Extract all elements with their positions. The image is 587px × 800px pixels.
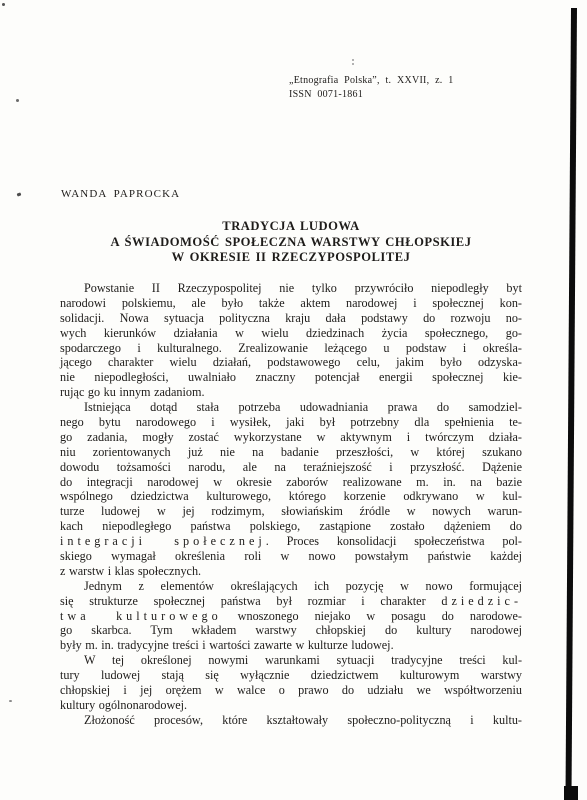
article-body: Powstanie II Rzeczypospolitej nie tylko … bbox=[60, 281, 522, 728]
text-segment: Powstanie II Rzeczypospolitej nie tylko … bbox=[84, 281, 522, 295]
text-line: narodowi polskiemu, ale było także aktem… bbox=[60, 296, 522, 311]
journal-issn: ISSN 0071-1861 bbox=[289, 88, 454, 102]
scan-speck bbox=[352, 63, 354, 65]
emphasized-phrase: dziedzic- bbox=[441, 594, 522, 608]
text-segment: nego bytu narodowego i wysiłek, jaki był… bbox=[60, 415, 522, 429]
paragraph: Jednym z elementów określających ich poz… bbox=[60, 579, 522, 653]
text-segment: tury ludowej stają się wyłącznie dziedzi… bbox=[60, 668, 522, 682]
text-line: kultury ogólnonarodowej. bbox=[60, 698, 522, 713]
text-line: niu zorientowanych już nie na badanie pr… bbox=[60, 445, 522, 460]
text-line: do integracji narodowej w okresie zaboró… bbox=[60, 475, 522, 490]
text-segment: narodowi polskiemu, ale było także aktem… bbox=[60, 296, 522, 310]
text-segment: były m. in. tradycyjne treści i wartości… bbox=[60, 638, 394, 652]
text-segment: go skarbca. Tym wkładem warstwy chłopski… bbox=[60, 623, 522, 637]
text-line: były m. in. tradycyjne treści i wartości… bbox=[60, 638, 522, 653]
text-line: z warstw i klas społecznych. bbox=[60, 564, 522, 579]
text-line: go skarbca. Tym wkładem warstwy chłopski… bbox=[60, 623, 522, 638]
text-segment: dowodu tożsamości narodu, ale na teraźni… bbox=[60, 460, 522, 474]
scan-speck bbox=[2, 3, 5, 6]
text-segment: rując go ku innym zadaniom. bbox=[60, 385, 205, 399]
text-segment: do integracji narodowej w okresie zaboró… bbox=[60, 475, 522, 489]
text-line: wspólnego dziedzictwa kulturowego, które… bbox=[60, 489, 522, 504]
text-segment: wspólnego dziedzictwa kulturowego, które… bbox=[60, 489, 522, 503]
text-line: W tej określonej nowymi warunkami sytuac… bbox=[60, 653, 522, 668]
journal-reference: „Etnografia Polska”, t. XXVII, z. 1 bbox=[289, 74, 454, 88]
text-line: tury ludowej stają się wyłącznie dziedzi… bbox=[60, 668, 522, 683]
text-segment: turze ludowej w jej rodzimym, słowiański… bbox=[60, 504, 522, 518]
paragraph: Istniejąca dotąd stała potrzeba udowadni… bbox=[60, 400, 522, 579]
text-line: wych kierunków działania w wielu dziedzi… bbox=[60, 326, 522, 341]
text-segment: z warstw i klas społecznych. bbox=[60, 564, 201, 578]
text-segment: Jednym z elementów określających ich poz… bbox=[84, 579, 522, 593]
text-line: się strukturze społecznej państwa był ro… bbox=[60, 594, 522, 609]
scan-speck bbox=[9, 700, 12, 702]
title-line: TRADYCJA LUDOWA bbox=[60, 219, 522, 235]
paragraph: W tej określonej nowymi warunkami sytuac… bbox=[60, 653, 522, 713]
text-line: rując go ku innym zadaniom. bbox=[60, 385, 522, 400]
text-line: Powstanie II Rzeczypospolitej nie tylko … bbox=[60, 281, 522, 296]
scan-speck bbox=[352, 59, 354, 61]
text-segment: . Proces konsolidacji społeczeństwa pol- bbox=[266, 534, 522, 548]
text-segment: nie niepodległości, uwalniało znaczny po… bbox=[60, 370, 522, 384]
text-line: dowodu tożsamości narodu, ale na teraźni… bbox=[60, 460, 522, 475]
text-line: nego bytu narodowego i wysiłek, jaki był… bbox=[60, 415, 522, 430]
author-name: WANDA PAPROCKA bbox=[61, 188, 180, 200]
text-segment: chłopskiej i jej orężem w walce o prawo … bbox=[60, 683, 522, 697]
text-line: twa kulturowego wnoszonego niejako w pos… bbox=[60, 609, 522, 624]
text-line: Istniejąca dotąd stała potrzeba udowadni… bbox=[60, 400, 522, 415]
text-line: spodarczego i kulturalnego. Zrealizowani… bbox=[60, 341, 522, 356]
text-segment: kultury ogólnonarodowej. bbox=[60, 698, 187, 712]
article-title: TRADYCJA LUDOWAA ŚWIADOMOŚĆ SPOŁECZNA WA… bbox=[60, 219, 522, 266]
text-segment: jącego charakter wielu działań, podstawo… bbox=[60, 355, 522, 369]
emphasized-phrase: integracji społecznej bbox=[60, 534, 266, 548]
title-line: W OKRESIE II RZECZYPOSPOLITEJ bbox=[60, 250, 522, 266]
scan-artifact-right-bar bbox=[565, 8, 577, 796]
text-segment: Złożoność procesów, które kształtowały s… bbox=[84, 713, 522, 727]
scanned-page: „Etnografia Polska”, t. XXVII, z. 1 ISSN… bbox=[0, 0, 587, 800]
journal-header: „Etnografia Polska”, t. XXVII, z. 1 ISSN… bbox=[289, 74, 454, 101]
paragraph: Powstanie II Rzeczypospolitej nie tylko … bbox=[60, 281, 522, 400]
text-segment: solidacji. Nowa sytuacja polityczna kraj… bbox=[60, 311, 522, 325]
title-line: A ŚWIADOMOŚĆ SPOŁECZNA WARSTWY CHŁOPSKIE… bbox=[60, 235, 522, 251]
text-segment: wnoszonego niejako w posagu do narodowe- bbox=[222, 609, 522, 623]
text-segment: kach niepodległego państwa polskiego, za… bbox=[60, 519, 522, 533]
text-segment: wych kierunków działania w wielu dziedzi… bbox=[60, 326, 522, 340]
text-segment: niu zorientowanych już nie na badanie pr… bbox=[60, 445, 522, 459]
scan-speck bbox=[16, 99, 19, 102]
text-segment: W tej określonej nowymi warunkami sytuac… bbox=[84, 653, 522, 667]
scan-artifact-bar-foot bbox=[564, 786, 578, 800]
text-line: kach niepodległego państwa polskiego, za… bbox=[60, 519, 522, 534]
text-line: chłopskiej i jej orężem w walce o prawo … bbox=[60, 683, 522, 698]
text-line: Jednym z elementów określających ich poz… bbox=[60, 579, 522, 594]
text-segment: Istniejąca dotąd stała potrzeba udowadni… bbox=[84, 400, 522, 414]
text-line: skiego wymagał określenia roli w nowo po… bbox=[60, 549, 522, 564]
text-line: Złożoność procesów, które kształtowały s… bbox=[60, 713, 522, 728]
text-line: integracji społecznej. Proces konsolidac… bbox=[60, 534, 522, 549]
text-segment: się strukturze społecznej państwa był ro… bbox=[60, 594, 441, 608]
text-line: solidacji. Nowa sytuacja polityczna kraj… bbox=[60, 311, 522, 326]
emphasized-phrase: twa kulturowego bbox=[60, 609, 222, 623]
text-segment: go zadania, mogły zostać wykorzystane w … bbox=[60, 430, 522, 444]
paragraph: Złożoność procesów, które kształtowały s… bbox=[60, 713, 522, 728]
text-line: nie niepodległości, uwalniało znaczny po… bbox=[60, 370, 522, 385]
text-segment: spodarczego i kulturalnego. Zrealizowani… bbox=[60, 341, 522, 355]
text-line: turze ludowej w jej rodzimym, słowiański… bbox=[60, 504, 522, 519]
text-line: jącego charakter wielu działań, podstawo… bbox=[60, 355, 522, 370]
text-segment: skiego wymagał określenia roli w nowo po… bbox=[60, 549, 522, 563]
scan-speck bbox=[17, 192, 22, 196]
text-line: go zadania, mogły zostać wykorzystane w … bbox=[60, 430, 522, 445]
